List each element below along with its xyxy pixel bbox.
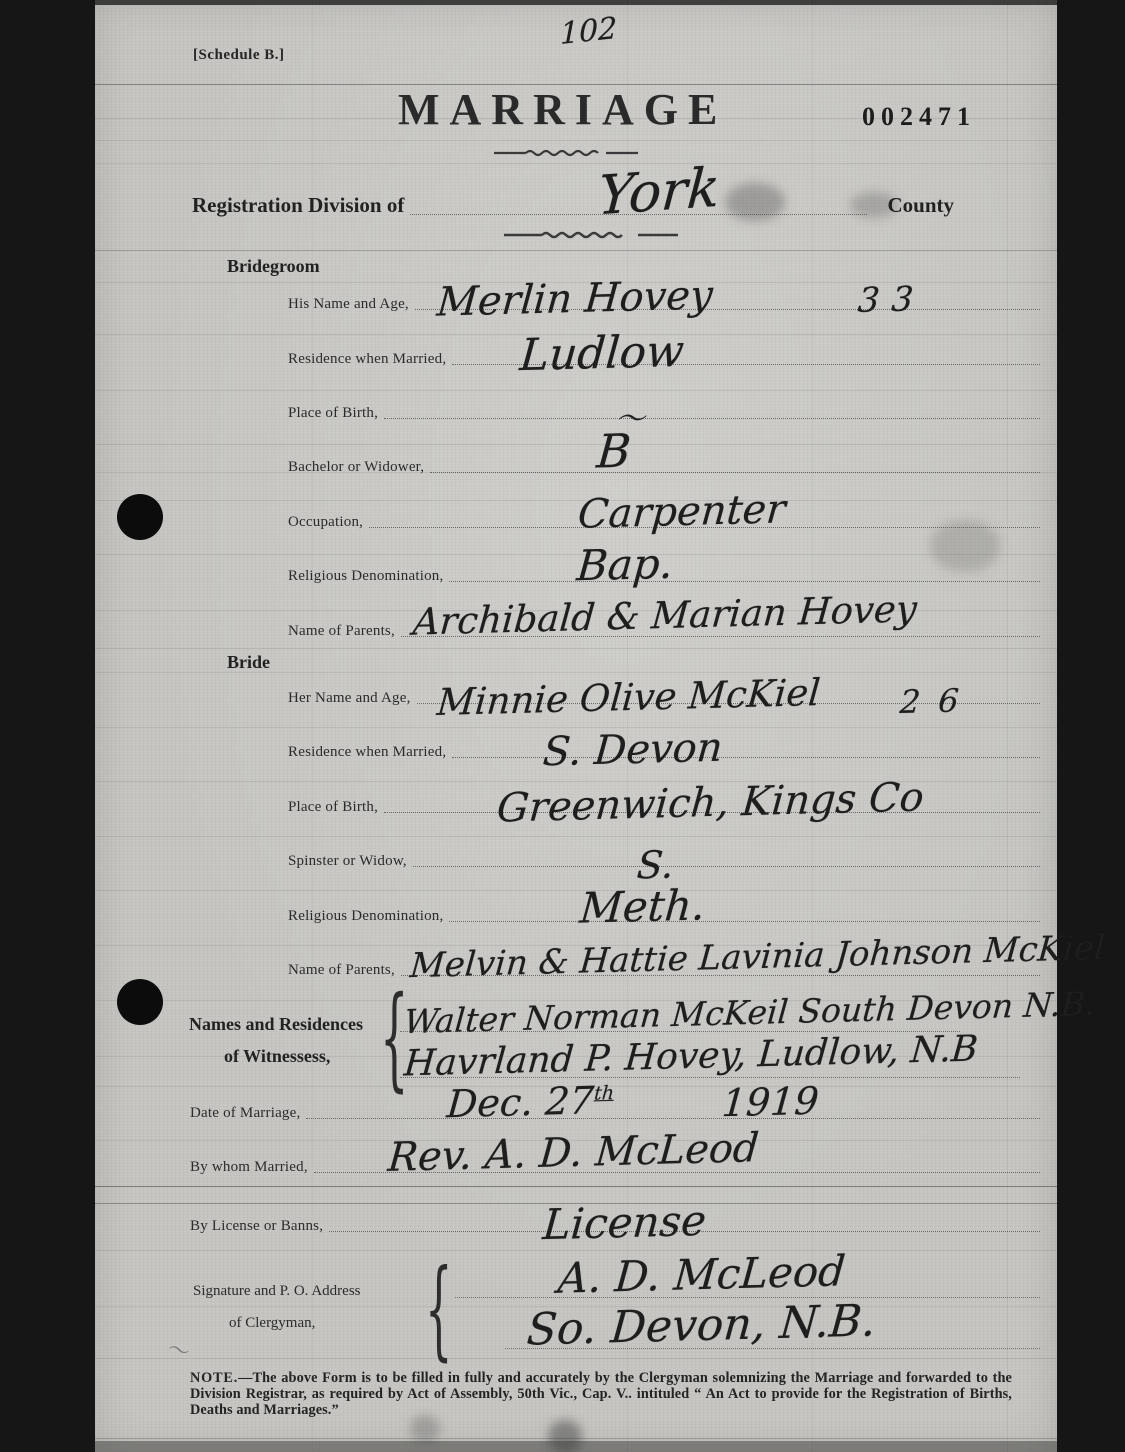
field-label: By License or Banns, — [190, 1218, 323, 1235]
scanned-marriage-record: [Schedule B.] 102 MARRIAGE 002471 Regist… — [0, 0, 1125, 1452]
ruled-line — [95, 444, 1057, 445]
ruled-line — [95, 390, 1057, 391]
marriage-date-value: Dec. 27th — [445, 1078, 615, 1126]
bridegroom-name-value: Merlin Hovey — [435, 272, 714, 325]
field-label: Residence when Married, — [288, 744, 446, 761]
field-label: Occupation, — [288, 514, 363, 531]
field-label: Religious Denomination, — [288, 568, 443, 585]
bride-residence-value: S. Devon — [541, 725, 724, 776]
registration-division-value: York — [596, 156, 722, 228]
bridegroom-denomination-value: Bap. — [575, 539, 675, 591]
bride-heading: Bride — [227, 652, 270, 673]
dotted-leader — [413, 866, 1040, 867]
field-label: Bachelor or Widower, — [288, 459, 424, 476]
clergyman-signature: A. D. McLeod — [556, 1246, 847, 1303]
field-label: Residence when Married, — [288, 351, 446, 368]
ruled-line — [95, 554, 1057, 555]
bridegroom-occupation-value: Carpenter — [576, 486, 787, 538]
dotted-leader — [455, 1297, 1040, 1298]
bridegroom-age-value: 33 — [856, 279, 926, 321]
field-label: Place of Birth, — [288, 799, 378, 816]
field-label: Spinster or Widow, — [288, 853, 407, 870]
ruled-line — [95, 1250, 1057, 1251]
marriage-date-ordinal: th — [593, 1082, 615, 1105]
footer-note: NOTE.—The above Form is to be filled in … — [190, 1371, 1012, 1418]
footer-note-body: —The above Form is to be filled in fully… — [190, 1370, 1012, 1418]
ruled-line — [95, 500, 1057, 501]
ruled-line — [95, 250, 1057, 251]
handwritten-page-number: 102 — [560, 11, 617, 52]
ornament-squiggle-title — [492, 147, 640, 159]
clergyman-label-line1: Signature and P. O. Address — [193, 1283, 361, 1300]
field-label: Religious Denomination, — [288, 908, 443, 925]
schedule-label: [Schedule B.] — [193, 47, 285, 64]
scan-edge-top — [95, 0, 1057, 5]
dotted-leader — [449, 581, 1040, 582]
field-label: Place of Birth, — [288, 405, 378, 422]
dotted-leader — [430, 472, 1040, 473]
ruled-line — [95, 890, 1057, 891]
clergyman-brace — [425, 1256, 452, 1364]
clergyman-label-line2: of Clergyman, — [229, 1315, 315, 1332]
field-label: Name of Parents, — [288, 623, 395, 640]
ornament-squiggle-registration — [502, 228, 680, 242]
field-row: Date of Marriage, — [190, 1105, 1042, 1122]
bridegroom-status-value: B — [595, 423, 633, 478]
registration-division-row: Registration Division of County — [192, 193, 954, 218]
dotted-leader — [306, 1118, 1040, 1119]
field-label: His Name and Age, — [288, 296, 409, 313]
registration-division-label: Registration Division of — [192, 193, 404, 218]
footer-note-lead: NOTE. — [190, 1370, 238, 1386]
field-row: Bachelor or Widower, — [288, 459, 1042, 476]
ruled-line — [95, 1186, 1057, 1187]
ruled-line — [95, 163, 1057, 164]
field-label: Name of Parents, — [288, 962, 395, 979]
witnesses-label-line2: of Witnessess, — [224, 1046, 330, 1067]
witnesses-label-line1: Names and Residences — [189, 1014, 363, 1035]
ruled-line — [95, 1358, 1057, 1359]
field-label: Her Name and Age, — [288, 690, 411, 707]
ruled-line — [95, 648, 1057, 649]
dotted-leader — [384, 418, 1040, 419]
bride-denomination-value: Meth. — [578, 880, 707, 932]
dotted-leader — [400, 1077, 1020, 1078]
county-label: County — [887, 193, 954, 218]
officiant-value: Rev. A. D. McLeod — [386, 1125, 760, 1181]
punch-hole-bottom — [117, 979, 163, 1025]
field-label: Date of Marriage, — [190, 1105, 300, 1122]
bridegroom-heading: Bridegroom — [227, 256, 320, 277]
dotted-leader — [452, 757, 1040, 758]
marriage-date-year: 1919 — [720, 1079, 820, 1126]
clergyman-address: So. Devon, N.B. — [525, 1295, 878, 1355]
ruled-line — [95, 140, 1057, 141]
dotted-leader — [400, 1031, 960, 1032]
bride-age-value: 26 — [899, 681, 979, 721]
form-title: MARRIAGE — [398, 84, 727, 135]
ruled-line — [95, 836, 1057, 837]
bridegroom-residence-value: Ludlow — [518, 326, 686, 381]
field-row: Place of Birth, — [288, 405, 1042, 422]
marriage-date-day: Dec. 27 — [445, 1078, 595, 1126]
field-label: By whom Married, — [190, 1159, 308, 1176]
dotted-leader — [449, 921, 1040, 922]
license-or-banns-value: License — [541, 1196, 708, 1249]
serial-number: 002471 — [862, 102, 976, 132]
stain — [410, 1415, 440, 1443]
scan-edge-bottom — [95, 1441, 1057, 1452]
punch-hole-top — [117, 494, 163, 540]
dotted-leader — [505, 1348, 1040, 1349]
